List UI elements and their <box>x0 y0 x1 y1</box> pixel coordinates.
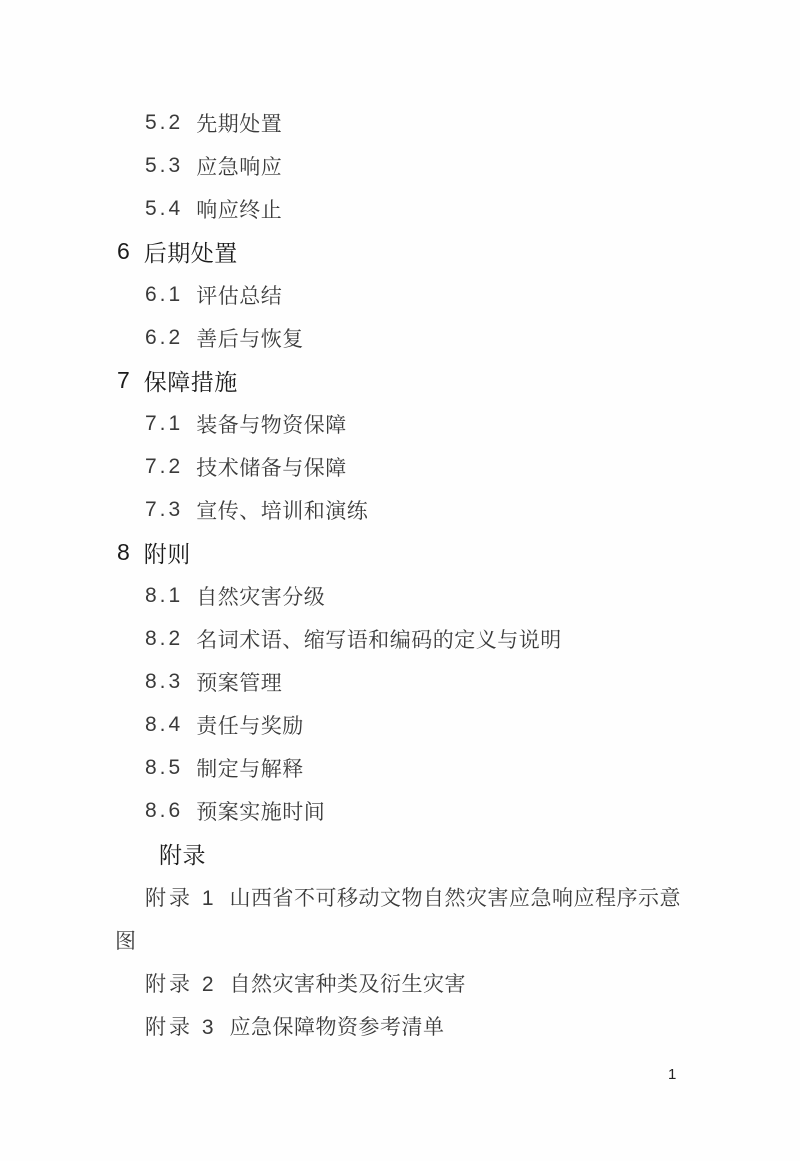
toc-item-number: 5.2 <box>145 111 183 135</box>
toc-item-title: 评估总结 <box>196 280 282 310</box>
toc-item-title: 名词术语、缩写语和编码的定义与说明 <box>196 624 562 654</box>
toc-heading-appendix: 附录 <box>0 832 800 875</box>
toc-item-number: 8.6 <box>145 799 183 823</box>
toc-appendix-line: 附录 1 山西省不可移动文物自然灾害应急响应程序示意 <box>0 875 800 918</box>
toc-item-title: 后期处置 <box>144 235 238 268</box>
toc-item-title: 自然灾害种类及衍生灾害 <box>230 968 467 998</box>
toc-item-title: 自然灾害分级 <box>196 581 325 611</box>
toc-appendix-line: 附录 2 自然灾害种类及衍生灾害 <box>0 961 800 1004</box>
toc-appendix-line: 附录 3 应急保障物资参考清单 <box>0 1004 800 1047</box>
toc-item-number: 8.5 <box>145 756 183 780</box>
toc-item-number: 8.4 <box>145 713 183 737</box>
toc-line: 8.5 制定与解释 <box>0 746 800 789</box>
toc-line: 7.1 装备与物资保障 <box>0 402 800 445</box>
toc-line: 8.3 预案管理 <box>0 660 800 703</box>
toc-item-title: 图 <box>115 925 137 955</box>
toc-item-number: 5.4 <box>145 197 183 221</box>
toc-line: 7.3 宣传、培训和演练 <box>0 488 800 531</box>
toc-item-title: 应急保障物资参考清单 <box>230 1011 445 1041</box>
toc-item-title: 制定与解释 <box>196 753 304 783</box>
toc-item-number: 附录 1 <box>145 882 217 912</box>
toc-item-number: 6 <box>117 238 130 265</box>
toc-item-title: 宣传、培训和演练 <box>196 495 368 525</box>
toc-item-number: 8.3 <box>145 670 183 694</box>
toc-heading: 8 附则 <box>0 531 800 574</box>
toc-item-title: 先期处置 <box>196 108 282 138</box>
toc-line: 5.4 响应终止 <box>0 187 800 230</box>
toc-item-title: 预案实施时间 <box>196 796 325 826</box>
toc-heading: 7 保障措施 <box>0 359 800 402</box>
toc-item-number: 7 <box>117 367 130 394</box>
toc-item-title: 山西省不可移动文物自然灾害应急响应程序示意 <box>230 882 682 912</box>
toc-item-title: 责任与奖励 <box>196 710 304 740</box>
toc-line: 8.6 预案实施时间 <box>0 789 800 832</box>
toc-item-title: 技术储备与保障 <box>196 452 347 482</box>
page-number: 1 <box>668 1066 676 1083</box>
toc-item-number: 7.1 <box>145 412 183 436</box>
toc-item-number: 7.3 <box>145 498 183 522</box>
toc-item-title: 响应终止 <box>196 194 282 224</box>
toc-line: 5.3 应急响应 <box>0 144 800 187</box>
toc-item-title: 善后与恢复 <box>196 323 304 353</box>
toc-item-number: 7.2 <box>145 455 183 479</box>
toc-line: 7.2 技术储备与保障 <box>0 445 800 488</box>
toc-item-number: 8.1 <box>145 584 183 608</box>
toc-heading: 6 后期处置 <box>0 230 800 273</box>
toc-line: 6.1 评估总结 <box>0 273 800 316</box>
toc-item-title: 预案管理 <box>196 667 282 697</box>
document-page: 5.2 先期处置 5.3 应急响应 5.4 响应终止 6 后期处置 6.1 评估… <box>0 0 800 1161</box>
toc-item-number: 6.1 <box>145 283 183 307</box>
toc-item-title: 装备与物资保障 <box>196 409 347 439</box>
toc-item-title: 保障措施 <box>144 364 238 397</box>
toc-line: 8.4 责任与奖励 <box>0 703 800 746</box>
toc-item-number: 附录 2 <box>145 968 217 998</box>
toc-line: 6.2 善后与恢复 <box>0 316 800 359</box>
toc-line: 8.1 自然灾害分级 <box>0 574 800 617</box>
toc-item-number: 5.3 <box>145 154 183 178</box>
toc-item-number: 8 <box>117 539 130 566</box>
toc-item-title: 附录 <box>159 837 206 870</box>
toc-item-title: 应急响应 <box>196 151 282 181</box>
toc-line: 8.2 名词术语、缩写语和编码的定义与说明 <box>0 617 800 660</box>
toc-item-title: 附则 <box>144 536 191 569</box>
toc-item-number: 6.2 <box>145 326 183 350</box>
toc-item-number: 附录 3 <box>145 1011 217 1041</box>
toc-line: 5.2 先期处置 <box>0 101 800 144</box>
toc-item-number: 8.2 <box>145 627 183 651</box>
toc-wrap-line: 图 <box>0 918 800 961</box>
